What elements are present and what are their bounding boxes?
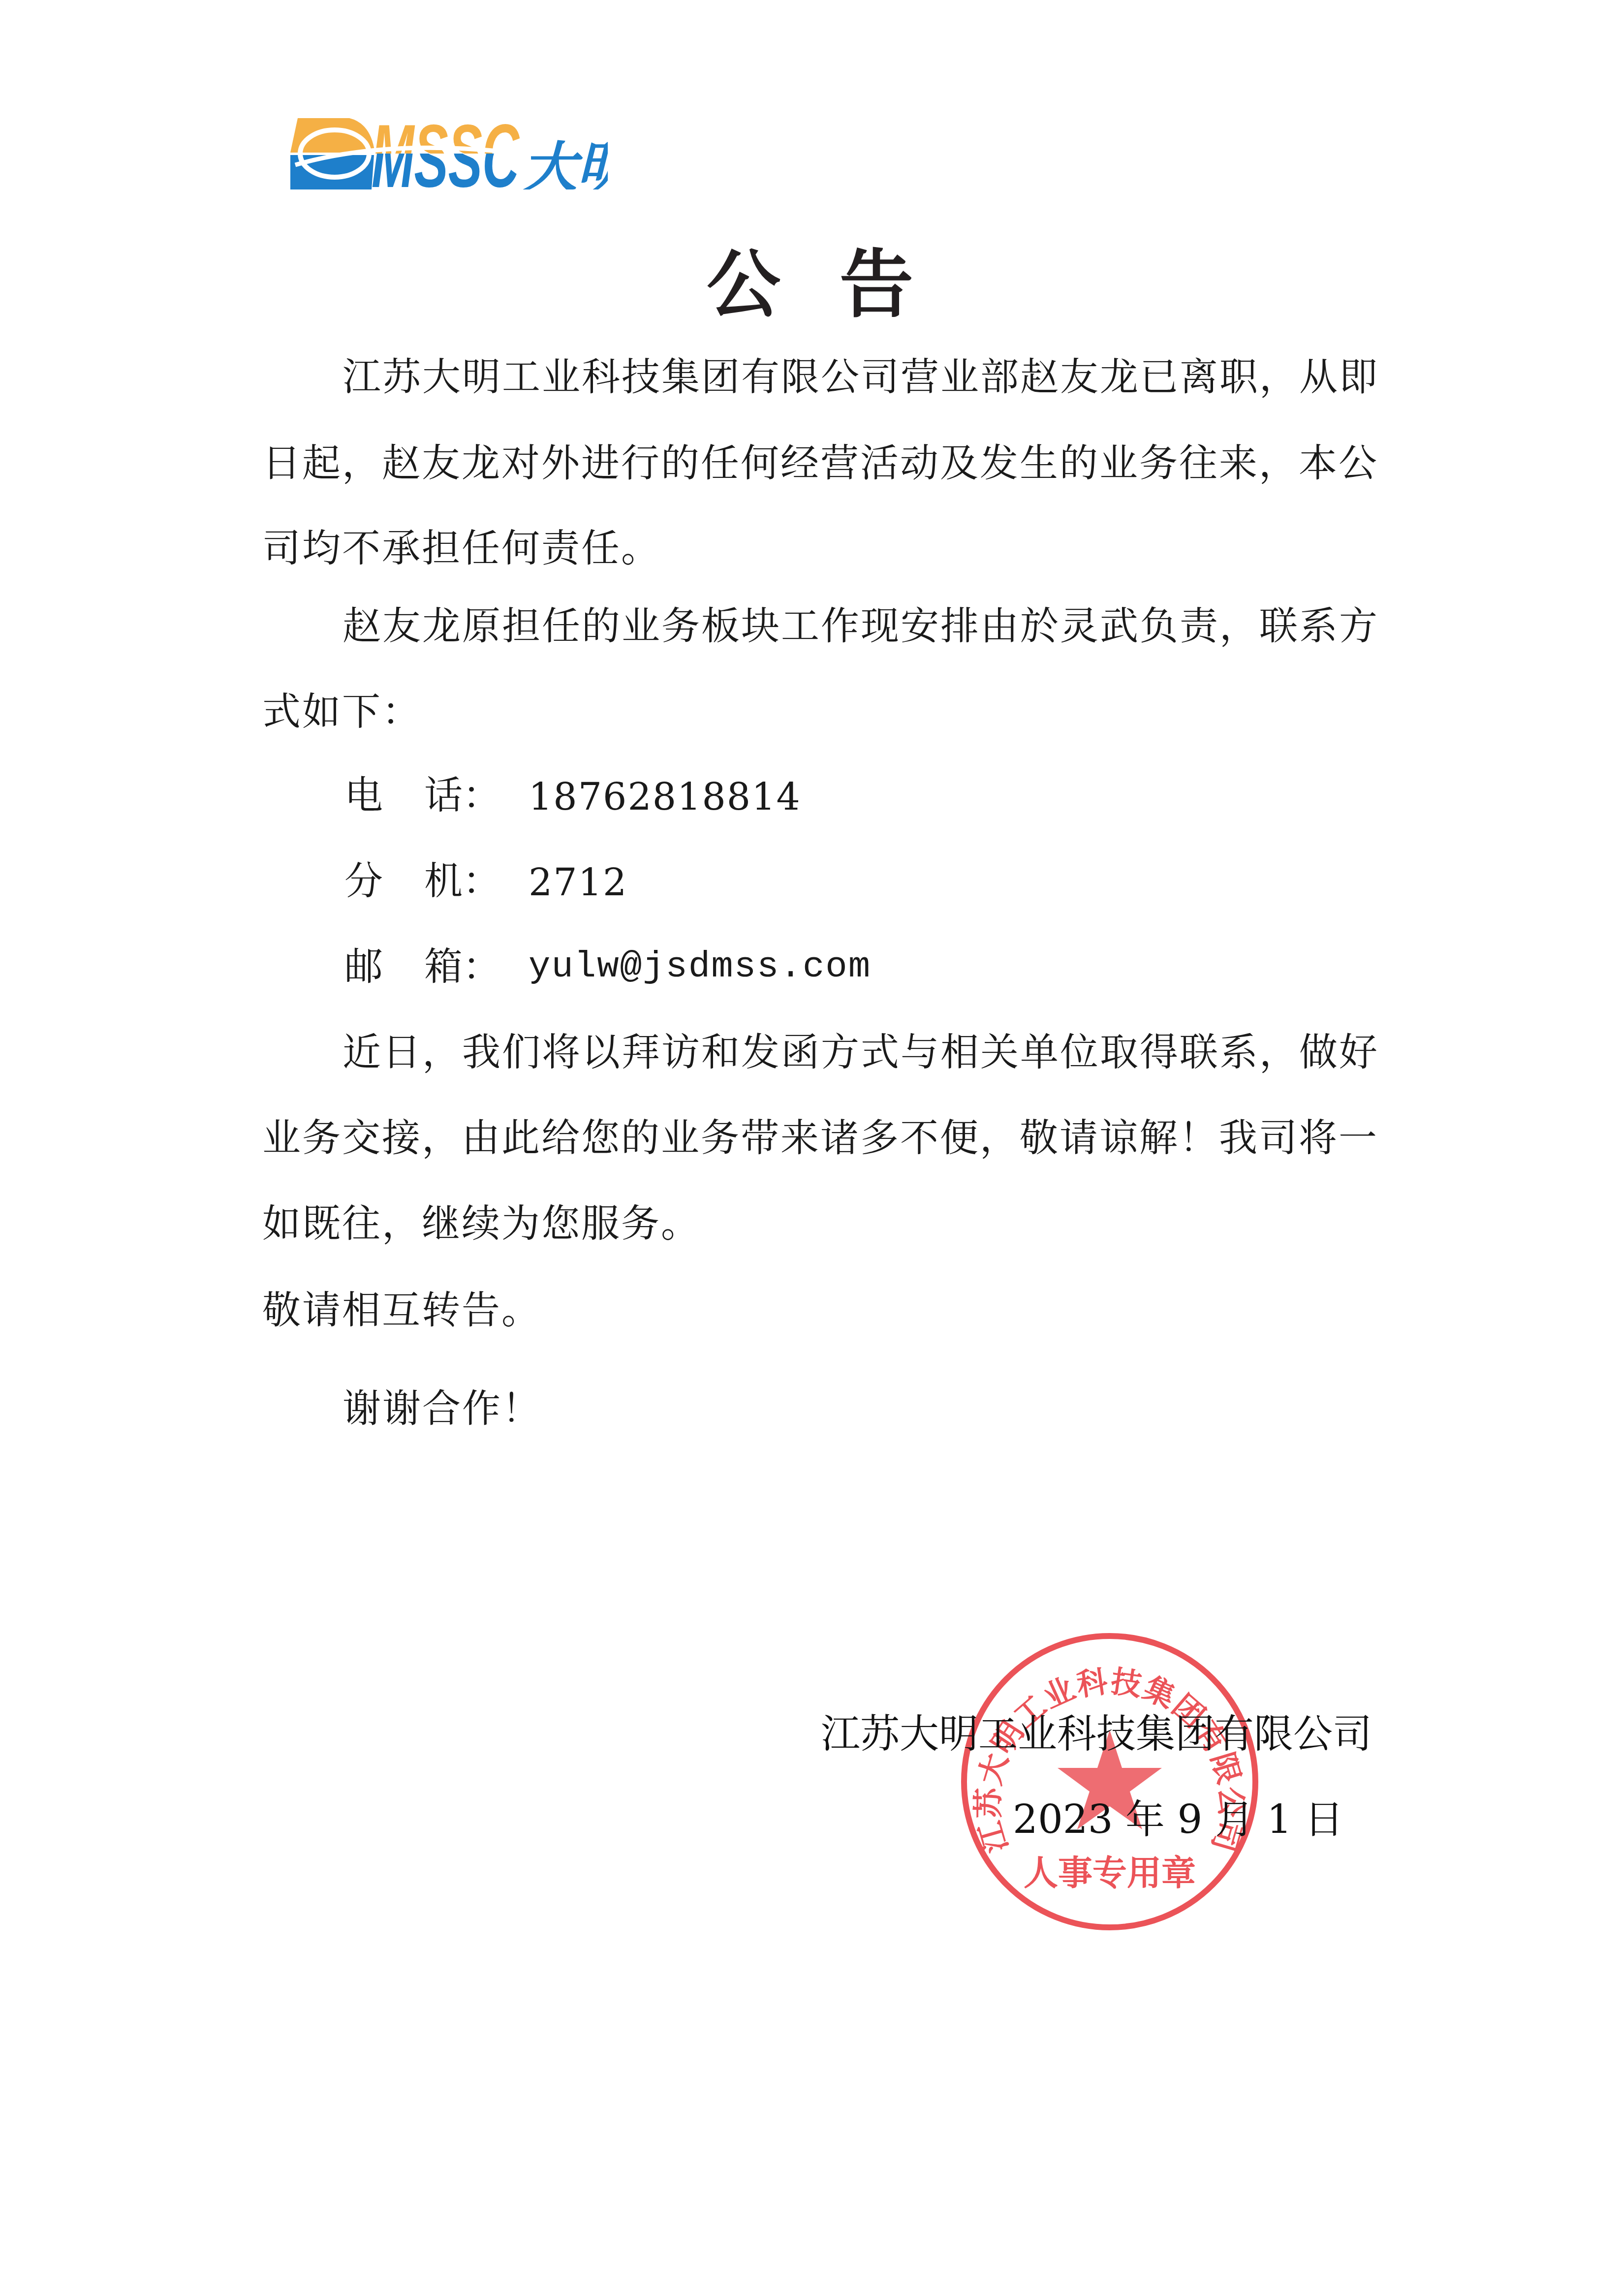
extension-number: 2712 — [529, 860, 627, 905]
closing-thanks: 谢谢合作！ — [343, 1387, 542, 1431]
paragraph-2-line-1: 赵友龙原担任的业务板块工作现安排由於灵武负责，联系方 — [343, 604, 1379, 649]
signature-date: 2023 年 9 月 1 日 — [1013, 1797, 1344, 1842]
contact-label-char-1: 电 — [344, 774, 383, 818]
email-address[interactable]: yulw@jsdmss.com — [529, 945, 871, 989]
paragraph-1-line-1: 江苏大明工业科技集团有限公司营业部赵友龙已离职，从即 — [343, 355, 1379, 400]
contact-label-char-2: 箱： — [424, 945, 501, 989]
paragraph-3-line-3: 如既往，继续为您服务。 — [262, 1202, 701, 1246]
paragraph-1-line-2: 日起，赵友龙对外进行的任何经营活动及发生的业务往来，本公 — [262, 441, 1378, 486]
closing-forward-request: 敬请相互转告。 — [262, 1289, 541, 1333]
signature-company: 江苏大明工业科技集团有限公司 — [821, 1712, 1372, 1756]
paragraph-3-line-1: 近日，我们将以拜访和发函方式与相关单位取得联系，做好 — [343, 1031, 1379, 1075]
contact-label-char-2: 话： — [424, 774, 501, 818]
contact-label-char-1: 邮 — [344, 945, 383, 989]
company-logo: MSSC MSSC 大明 — [290, 118, 608, 189]
paragraph-1-line-3: 司均不承担任何责任。 — [262, 527, 661, 571]
company-seal: 江苏大明工业科技集团有限公司 人事专用章 — [957, 1629, 1262, 1934]
paragraph-2-line-2: 式如下： — [262, 690, 422, 734]
svg-text:大明: 大明 — [522, 136, 608, 189]
phone-number: 18762818814 — [529, 775, 801, 819]
seal-stamp-icon: 江苏大明工业科技集团有限公司 人事专用章 — [957, 1629, 1262, 1934]
paragraph-3-line-2: 业务交接，由此给您的业务带来诸多不便，敬请谅解！我司将一 — [262, 1116, 1378, 1161]
page-title: 公告 — [0, 240, 1620, 329]
svg-text:人事专用章: 人事专用章 — [1024, 1853, 1196, 1893]
contact-label-char-1: 分 — [344, 859, 383, 904]
contact-label-char-2: 机： — [424, 859, 501, 904]
dmssc-logo-icon: MSSC MSSC 大明 — [290, 118, 608, 189]
